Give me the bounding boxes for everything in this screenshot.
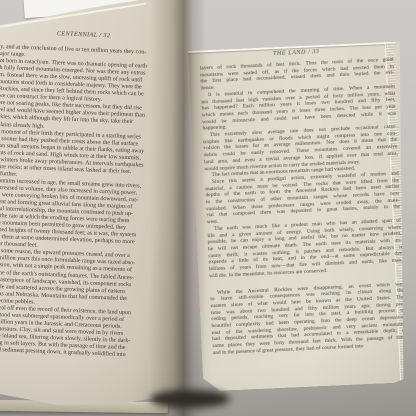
paragraph: The earth was much like a prudent man wh… — [207, 217, 403, 279]
right-page: THE LAND / 33 layers of rock thousands o… — [188, 41, 415, 391]
left-page: CENTENNIAL / 32 y, and at the conclusion… — [0, 0, 200, 416]
left-page-text: CENTENNIAL / 32 y, and at the conclusion… — [0, 28, 187, 361]
paragraph: for some reason, the upward pressures ce… — [0, 248, 178, 311]
paragraph: to seal off even the record of their exi… — [0, 305, 176, 361]
paragraph: tiful interrelationship, the mountain co… — [0, 206, 180, 255]
book-photo: CENTENNIAL / 32 y, and at the conclusion… — [0, 0, 416, 416]
right-page-text: THE LAND / 33 layers of rock thousands o… — [199, 45, 407, 357]
spine-bottom-shadow — [150, 390, 230, 408]
paragraph: e moment of their birth they participate… — [0, 128, 183, 184]
right-page-body: layers of rock thousands of feet thick. … — [200, 57, 407, 357]
paragraph: ot born in cataclysm. There was no drama… — [0, 58, 186, 107]
paragraph: While the Ancestral Rockies were disappe… — [210, 281, 407, 357]
left-page-body: y, and at the conclusion of five or ten … — [0, 44, 186, 361]
running-head-left: CENTENNIAL / 32 — [1, 28, 187, 43]
